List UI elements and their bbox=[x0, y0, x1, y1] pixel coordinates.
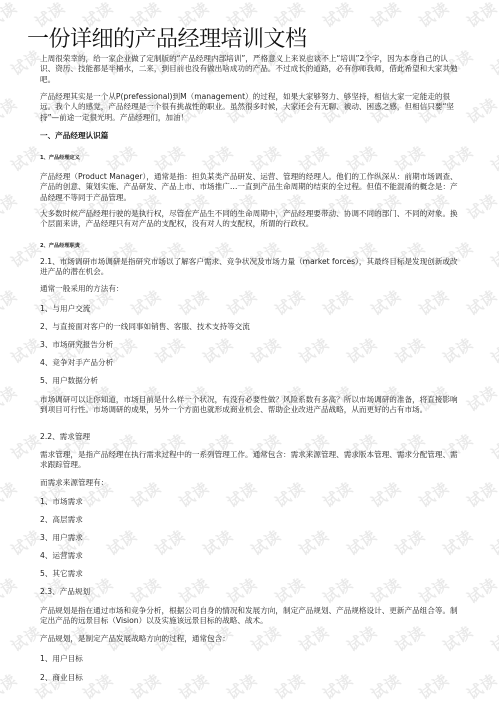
watermark-text: 试读 bbox=[0, 93, 21, 129]
list-item: 3、用户需求 bbox=[40, 533, 462, 543]
paragraph: 产品经理（Product Manager），通常是指：担负某类产品研发、运营、管… bbox=[40, 172, 462, 203]
watermark-text: 试读 bbox=[463, 669, 499, 705]
watermark-text: 试读 bbox=[0, 0, 21, 32]
watermark-text: 试读 bbox=[0, 669, 21, 705]
watermark-text: 试读 bbox=[463, 285, 499, 321]
intro-paragraph-2: 产品经理其实是一个从P(prefessional)到M（management）的… bbox=[40, 92, 462, 123]
watermark-text: 试读 bbox=[463, 381, 499, 417]
paragraph: 产品规划是指在通过市场和竞争分析，根据公司自身的情况和发展方向，制定产品规划、产… bbox=[40, 606, 462, 627]
paragraph: 需求管理，是指产品经理在执行需求过程中的一系列管理工作。通常包含：需求来源管理、… bbox=[40, 450, 462, 471]
paragraph: 2.3、产品规划 bbox=[40, 587, 462, 597]
section-heading: 一、产品经理认识篇 bbox=[40, 131, 462, 141]
list-item: 4、竞争对手产品分析 bbox=[40, 358, 462, 368]
paragraph: 通常一般采用的方法有： bbox=[40, 284, 462, 294]
watermark-text: 试读 bbox=[367, 0, 405, 32]
list-item: 1、用户目标 bbox=[40, 654, 462, 664]
list-item: 5、其它需求 bbox=[40, 569, 462, 579]
watermark-text: 试读 bbox=[487, 45, 499, 81]
watermark-text: 试读 bbox=[0, 381, 21, 417]
list-item: 3、市场研究报告分析 bbox=[40, 340, 462, 350]
watermark-text: 试读 bbox=[319, 0, 357, 32]
watermark-text: 试读 bbox=[463, 93, 499, 129]
subsection-heading: 2、产品经理职责 bbox=[40, 241, 462, 251]
watermark-text: 试读 bbox=[0, 285, 21, 321]
watermark-text: 试读 bbox=[0, 477, 21, 513]
watermark-text: 试读 bbox=[487, 621, 499, 657]
watermark-text: 试读 bbox=[487, 429, 499, 465]
paragraph: 2.2、需求管理 bbox=[40, 432, 462, 442]
paragraph: 市场调研可以让你知道，市场目前是什么样一个状况，有没有必要性做？风险系数有多高？… bbox=[40, 395, 462, 416]
list-item: 4、运营需求 bbox=[40, 551, 462, 561]
watermark-text: 试读 bbox=[463, 189, 499, 225]
list-item: 1、市场需求 bbox=[40, 497, 462, 507]
watermark-text: 试读 bbox=[463, 0, 499, 32]
list-item: 5、用户数据分析 bbox=[40, 376, 462, 386]
watermark-text: 试读 bbox=[487, 237, 499, 273]
paragraph: 产品规划，是制定产品发展战略方向的过程，通常包含： bbox=[40, 634, 462, 644]
paragraph: 而需求来源管理有： bbox=[40, 478, 462, 488]
watermark-text: 试读 bbox=[487, 525, 499, 561]
document-title: 一份详细的产品经理培训文档 bbox=[27, 22, 307, 53]
watermark-text: 试读 bbox=[463, 573, 499, 609]
paragraph: 大多数时候产品经理行驶的是执行权，尽管在产品生不同的生命周期中，产品经理要带动、… bbox=[40, 209, 462, 230]
watermark-text: 试读 bbox=[0, 189, 21, 225]
list-item: 2、与直接面对客户的一线同事如销售、客服、技术支持等交流 bbox=[40, 322, 462, 332]
list-item: 1、与用户交流 bbox=[40, 304, 462, 314]
subsection-heading: 1、产品经理定义 bbox=[40, 153, 462, 163]
watermark-text: 试读 bbox=[415, 0, 453, 32]
watermark-text: 试读 bbox=[487, 141, 499, 177]
list-item: 2、高层需求 bbox=[40, 515, 462, 525]
list-item: 2、商业目标 bbox=[40, 673, 462, 683]
watermark-text: 试读 bbox=[463, 477, 499, 513]
watermark-text: 试读 bbox=[487, 333, 499, 369]
paragraph: 2.1、市场调研市场调研是指研究市场以了解客户需求、竞争状况及市场力量（mark… bbox=[40, 257, 462, 278]
watermark-text: 试读 bbox=[0, 573, 21, 609]
intro-paragraph: 上周很荣幸的，给一家企业做了定制版的“产品经理内部培训”，严格意义上来说也谈不上… bbox=[40, 54, 462, 85]
